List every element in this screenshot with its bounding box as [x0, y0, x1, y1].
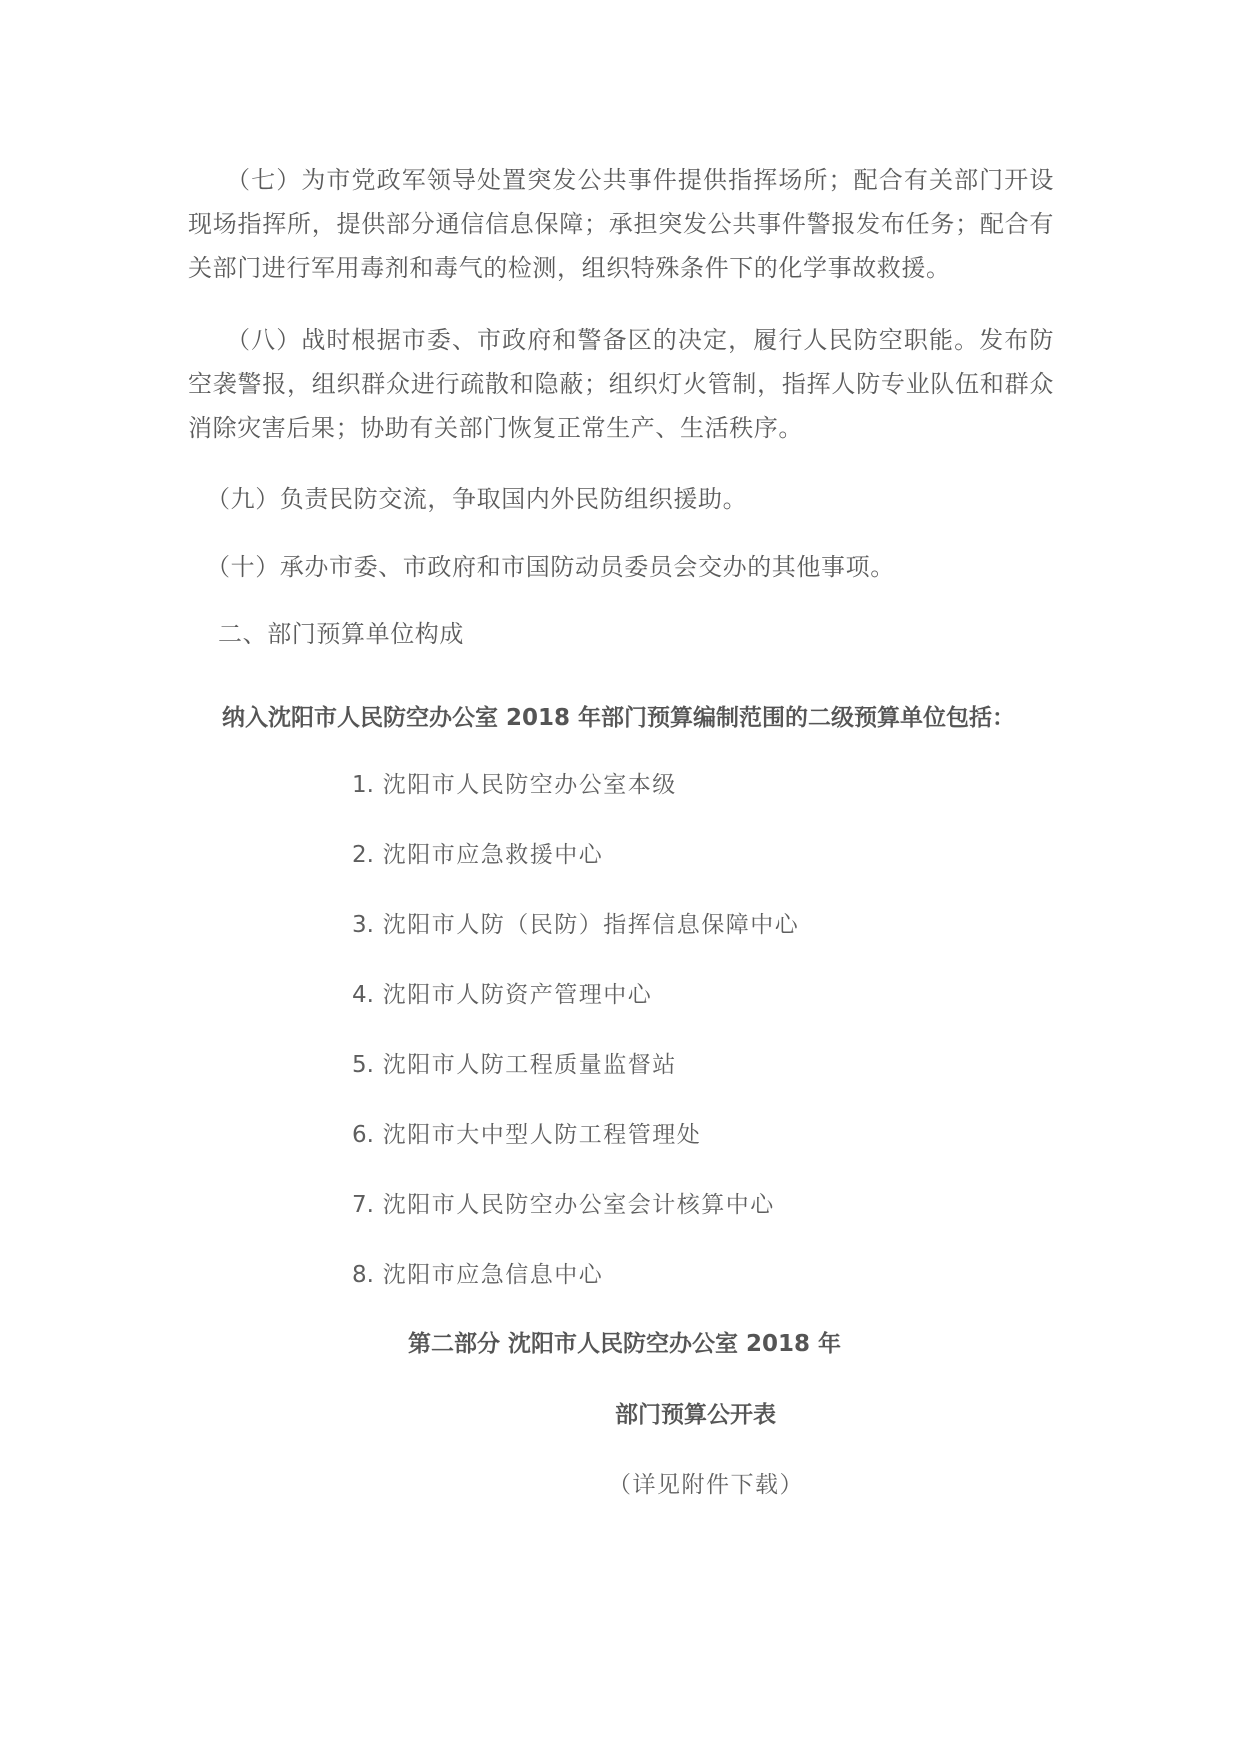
list-item: 1. 沈阳市人民防空办公室本级: [352, 770, 677, 800]
paragraph-item-9: （九）负责民防交流，争取国内外民防组织援助。: [206, 484, 747, 514]
list-item-number: 3.: [352, 912, 374, 938]
list-item: 8. 沈阳市应急信息中心: [352, 1260, 603, 1290]
paragraph-item-10: （十）承办市委、市政府和市国防动员委员会交办的其他事项。: [206, 552, 895, 582]
list-item: 5. 沈阳市人防工程质量监督站: [352, 1050, 677, 1080]
part-two-heading-line2: 部门预算公开表: [615, 1400, 776, 1430]
list-item-number: 2.: [352, 842, 374, 868]
list-item-number: 6.: [352, 1122, 374, 1148]
list-item-number: 4.: [352, 982, 374, 1008]
list-item: 4. 沈阳市人防资产管理中心: [352, 980, 652, 1010]
part-two-heading-line1: 第二部分 沈阳市人民防空办公室 2018 年: [408, 1329, 841, 1359]
list-item-name: 沈阳市人防（民防）指挥信息保障中心: [383, 912, 800, 938]
list-item-name: 沈阳市人防资产管理中心: [383, 982, 653, 1008]
section-two-intro: 纳入沈阳市人民防空办公室 2018 年部门预算编制范围的二级预算单位包括：: [222, 703, 1015, 733]
list-item-number: 7.: [352, 1192, 374, 1218]
list-item-number: 8.: [352, 1262, 374, 1288]
list-item-name: 沈阳市人民防空办公室会计核算中心: [383, 1192, 775, 1218]
list-item: 3. 沈阳市人防（民防）指挥信息保障中心: [352, 910, 799, 940]
list-item-name: 沈阳市人民防空办公室本级: [383, 772, 677, 798]
document-page: （七）为市党政军领导处置突发公共事件提供指挥场所；配合有关部门开设现场指挥所，提…: [0, 0, 1241, 1754]
list-item: 2. 沈阳市应急救援中心: [352, 840, 603, 870]
list-item: 6. 沈阳市大中型人防工程管理处: [352, 1120, 701, 1150]
paragraph-item-8: （八）战时根据市委、市政府和警备区的决定，履行人民防空职能。发布防空袭警报，组织…: [188, 318, 1054, 450]
section-two-title: 二、部门预算单位构成: [218, 619, 464, 649]
list-item-number: 1.: [352, 772, 374, 798]
paragraph-item-7: （七）为市党政军领导处置突发公共事件提供指挥场所；配合有关部门开设现场指挥所，提…: [188, 158, 1054, 290]
list-item: 7. 沈阳市人民防空办公室会计核算中心: [352, 1190, 775, 1220]
list-item-name: 沈阳市应急救援中心: [383, 842, 604, 868]
attachment-download-note: （详见附件下载）: [608, 1470, 804, 1500]
list-item-name: 沈阳市应急信息中心: [383, 1262, 604, 1288]
list-item-name: 沈阳市大中型人防工程管理处: [383, 1122, 702, 1148]
list-item-number: 5.: [352, 1052, 374, 1078]
list-item-name: 沈阳市人防工程质量监督站: [383, 1052, 677, 1078]
